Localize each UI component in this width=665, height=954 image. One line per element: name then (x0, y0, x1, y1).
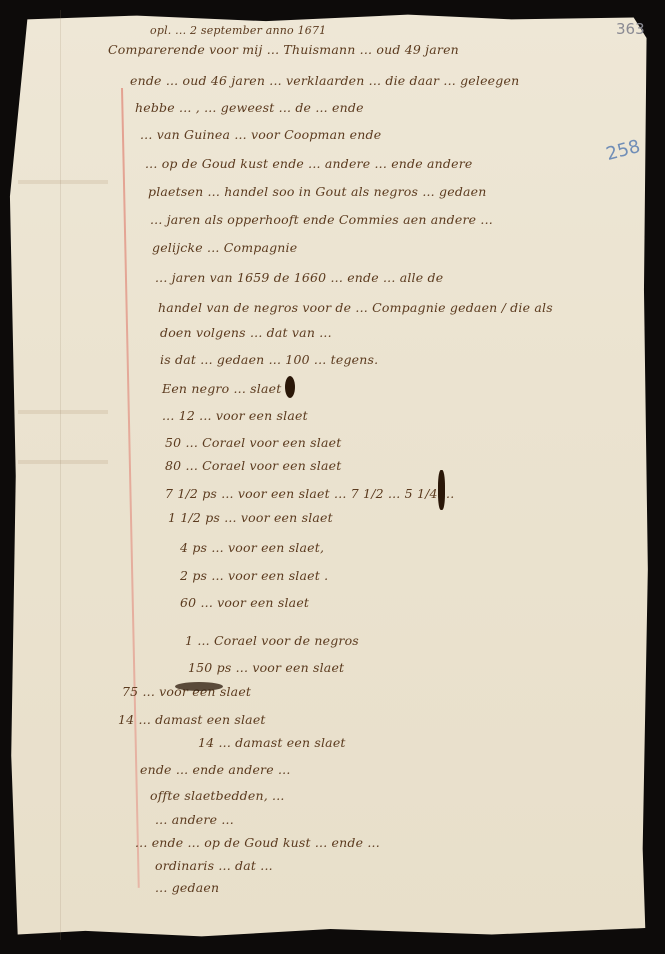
ledger-line: 1 1/2 ps ... voor een slaet (168, 510, 333, 525)
ledger-line: 50 ... Corael voor een slaet (165, 435, 341, 450)
ledger-line: ... 12 ... voor een slaet (162, 408, 308, 423)
ledger-line: 14 ... damast een slaet (118, 712, 266, 727)
text-line: ... jaren als opperhooft ende Commies ae… (150, 212, 493, 227)
text-line: doen volgens ... dat van ... (160, 325, 332, 340)
text-line: gelijcke ... Compagnie (152, 240, 297, 255)
ink-blot (438, 470, 445, 510)
text-line: ende ... oud 46 jaren ... verklaarden ..… (130, 73, 519, 88)
heading-line: opl. ... 2 september anno 1671 (150, 24, 326, 37)
text-line: plaetsen ... handel soo in Gout als negr… (148, 184, 487, 199)
ledger-line: 150 ps ... voor een slaet (188, 660, 344, 675)
text-line: ... jaren van 1659 de 1660 ... ende ... … (155, 270, 443, 285)
ledger-line: Een negro ... slaet (162, 381, 281, 396)
folio-number: 363 (616, 20, 645, 38)
text-line: handel van de negros voor de ... Compagn… (158, 300, 553, 315)
ink-blot (285, 376, 295, 398)
text-line: ... gedaen (155, 880, 219, 895)
ledger-line: 1 ... Corael voor de negros (185, 633, 359, 648)
text-line: ordinaris ... dat ... (155, 858, 273, 873)
text-line: ... andere ... (155, 812, 234, 827)
text-line: ende ... ende andere ... (140, 762, 291, 777)
paper-fold (60, 10, 61, 940)
ink-blot (175, 682, 223, 691)
ledger-line: 60 ... voor een slaet (180, 595, 309, 610)
ledger-line: 2 ps ... voor een slaet . (180, 568, 328, 583)
ink-bleed-through (18, 460, 108, 464)
manuscript-page (8, 10, 653, 942)
ledger-line: 4 ps ... voor een slaet, (180, 540, 324, 555)
ledger-line: 14 ... damast een slaet (198, 735, 346, 750)
ledger-line: 80 ... Corael voor een slaet (165, 458, 341, 473)
text-line: ... ende ... op de Goud kust ... ende ..… (135, 835, 380, 850)
text-line: is dat ... gedaen ... 100 ... tegens. (160, 352, 378, 367)
text-line: Comparerende voor mij ... Thuismann ... … (108, 42, 459, 57)
text-line: hebbe ... , ... geweest ... de ... ende (135, 100, 364, 115)
text-line: offte slaetbedden, ... (150, 788, 285, 803)
ledger-line: 7 1/2 ps ... voor een slaet ... 7 1/2 ..… (165, 486, 454, 501)
text-line: ... van Guinea ... voor Coopman ende (140, 127, 381, 142)
text-line: ... op de Goud kust ende ... andere ... … (145, 156, 473, 171)
ink-bleed-through (18, 410, 108, 414)
ink-bleed-through (18, 180, 108, 184)
